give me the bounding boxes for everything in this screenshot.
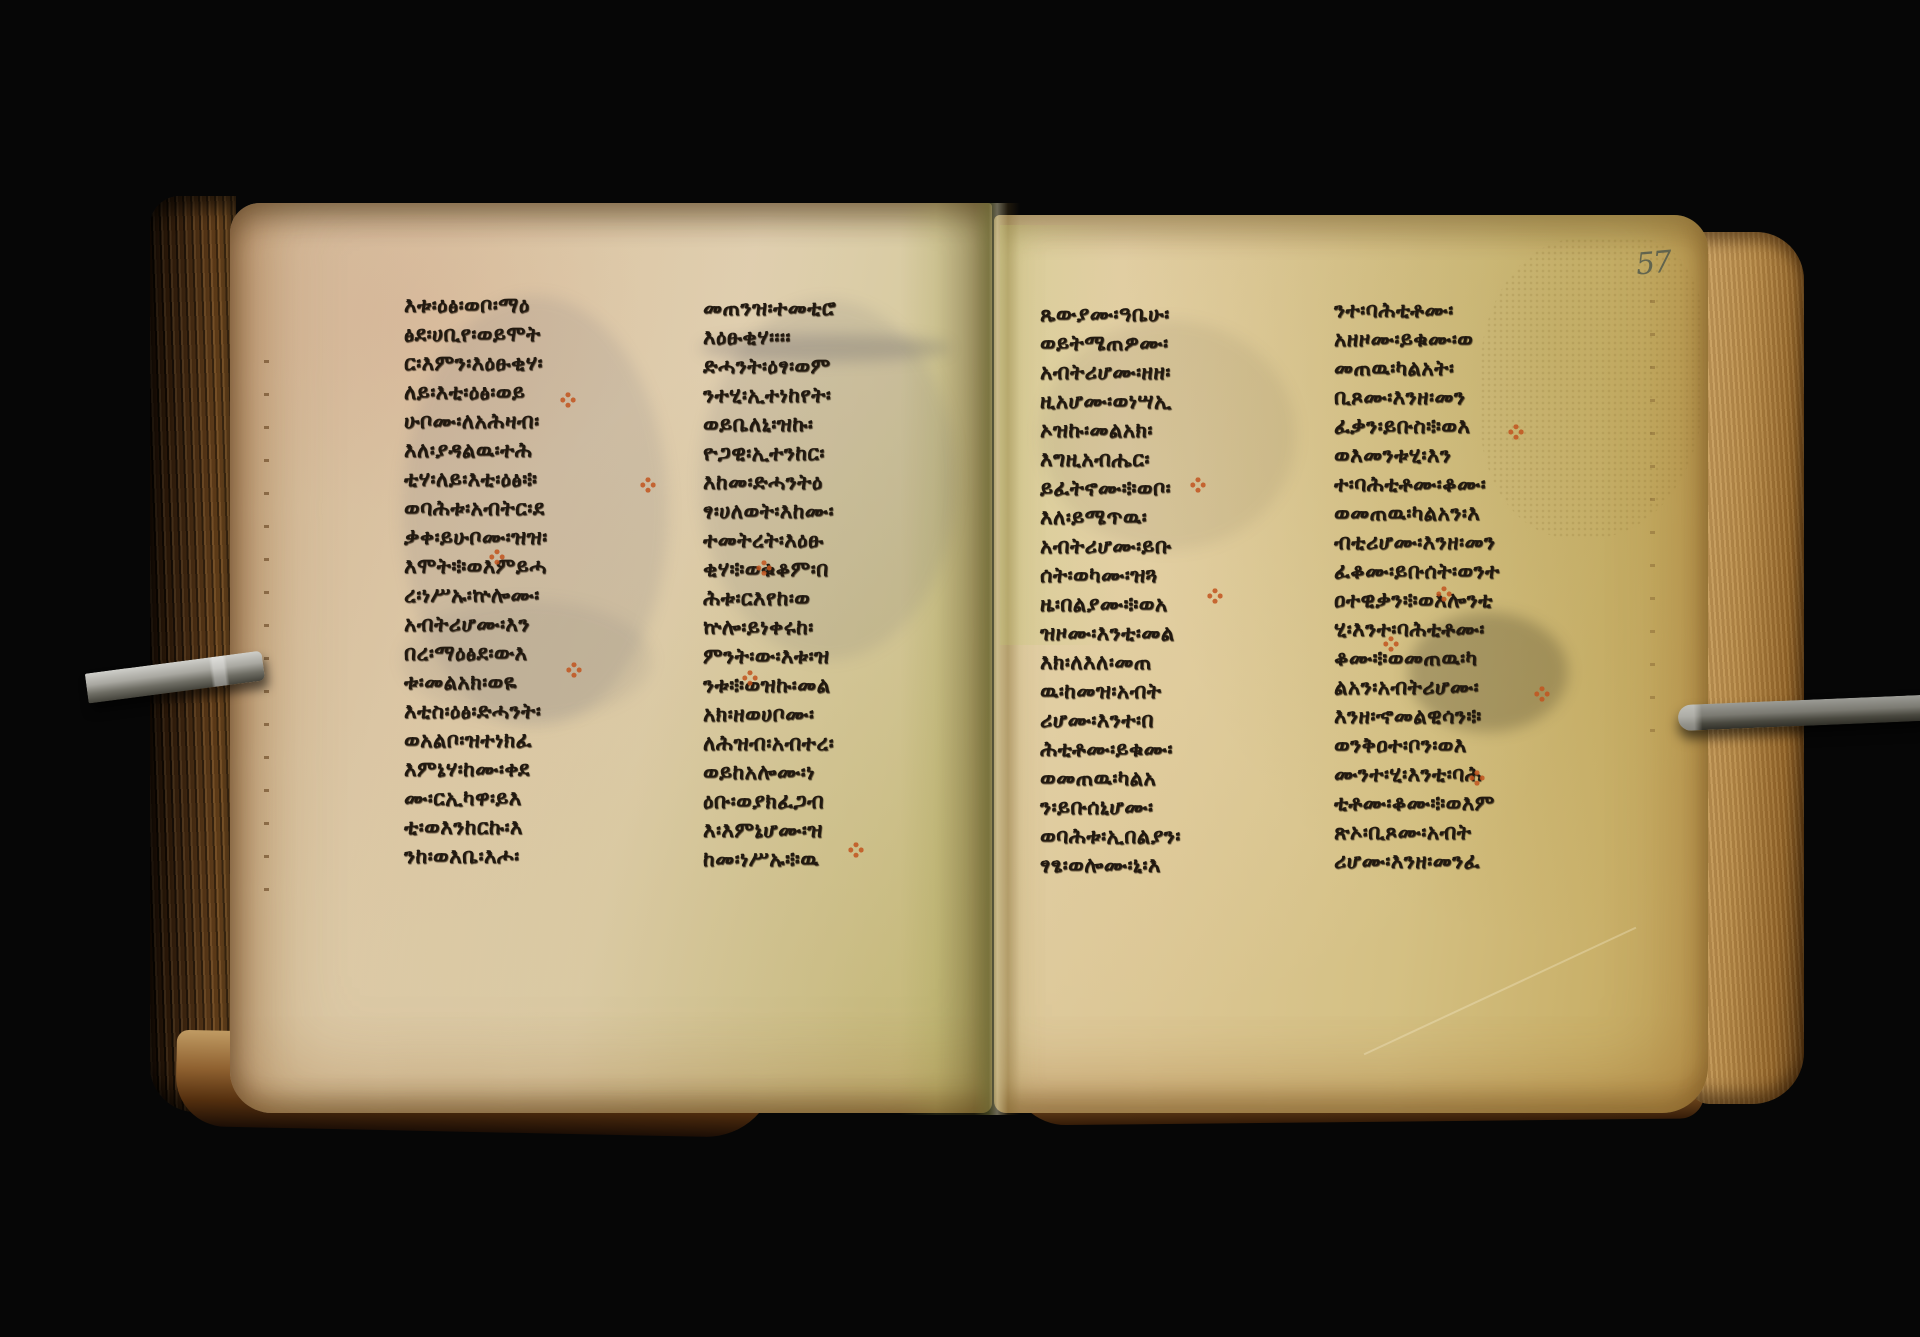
text-column-right-1: ጼውያሙ፡ዓቤሁ፡ወይትሜጠዎሙ፡አብትሪሆሙ፡ዘዘ፡ዚአሆሙ፡ወነሣኢኦዝኩ፡… (1040, 300, 1312, 880)
manuscript-text-line: ቢጾሙ፡እንዘ፡መን (1334, 383, 1626, 412)
red-section-mark (489, 549, 505, 565)
manuscript-text-line: ወመጠዉ፡ካልአን፡እ (1334, 499, 1626, 528)
red-section-mark (1436, 586, 1452, 602)
manuscript-text-line: ረ፡ነሥኡ፡ኵሎሙ፡ (404, 581, 672, 610)
manuscript-text-line: ሕቱ፡ርእየከ፡ወ (703, 584, 965, 613)
manuscript-text-line: ዐተዊቃን፨ወእሎንቲ (1334, 586, 1626, 615)
manuscript-text-line: ፅደ፡ሀቢየ፡ወይሞት (404, 320, 672, 349)
manuscript-text-line: ንከ፡ወእቤ፡እሖ፡ (404, 842, 672, 871)
manuscript-text-line: ወንቅዐተ፡ቦን፡ወእ (1334, 731, 1626, 760)
manuscript-text-line: ልአን፡አብትሪሆሙ፡ (1334, 673, 1626, 702)
manuscript-text-line: ዮጋዊ፡ኢተንከር፡ (703, 439, 965, 468)
manuscript-text-line: እሞት፨ወእምይሓ (404, 552, 672, 581)
red-section-mark (756, 560, 772, 576)
manuscript-text-line: ሪሆሙ፡እንተ፡በ (1040, 706, 1312, 735)
manuscript-text-line: ፃ፡ሀለወት፡እከሙ፡ (703, 497, 965, 526)
red-section-mark (1469, 770, 1485, 786)
manuscript-text-line: እለ፡ይሜጥዉ፡ (1040, 503, 1312, 532)
pricking-holes (264, 360, 269, 920)
manuscript-text-line: ሕቲቶሙ፡ይቁሙ፡ (1040, 735, 1312, 764)
manuscript-text-line: ንተሂ፡ኢተነከየት፡ (703, 381, 965, 410)
red-section-mark (1190, 477, 1206, 493)
manuscript-text-line: ኵሎ፡ይነቀሩከ፡ (703, 613, 965, 642)
manuscript-text-line: ፈቆሙ፡ይቡሰት፡ወንተ (1334, 557, 1626, 586)
manuscript-text-line: ለይ፡እቲ፡ዕፅ፡ወይ (404, 378, 672, 407)
red-section-mark (1534, 686, 1550, 702)
manuscript-text-line: ይፈትኖሙ፨ወቦ፡ (1040, 474, 1312, 503)
manuscript-text-line: ቱ፡መልአክ፡ወዬ (404, 668, 672, 697)
red-section-mark (742, 670, 758, 686)
red-section-mark (1383, 636, 1399, 652)
manuscript-text-line: ዝዞሙ፡እንቲ፡መል (1040, 619, 1312, 648)
manuscript-text-line: ሁቦሙ፡ለአሕዛብ፡ (404, 407, 672, 436)
text-column-right-2: ንተ፡ባሕቲቶሙ፡አዘዞሙ፡ይቁሙ፡ወመጠዉ፡ካልአት፡ቢጾሙ፡እንዘ፡መንፈቃ… (1334, 296, 1626, 876)
manuscript-text-line: እምኔሃ፡ከሙ፡ቀደ (404, 755, 672, 784)
manuscript-text-line: ቂሃ፨ወቁቆም፡በ (703, 555, 965, 584)
manuscript-text-line: ኦዝኩ፡መልአክ፡ (1040, 416, 1312, 445)
manuscript-text-line: ወይትሜጠዎሙ፡ (1040, 329, 1312, 358)
pencil-folio-number: 57 (1635, 245, 1672, 283)
manuscript-text-line: ምንት፡ው፡እቱ፡ዝ (703, 642, 965, 671)
manuscript-text-line: አብትሪሆሙ፡እን (404, 610, 672, 639)
manuscript-text-line: ን፡ይቡሰኒሆሙ፡ (1040, 793, 1312, 822)
manuscript-text-line: ዚአሆሙ፡ወነሣኢ (1040, 387, 1312, 416)
manuscript-text-line: ተ፡ባሕቲቶሙ፡ቆሙ፡ (1334, 470, 1626, 499)
manuscript-text-line: ወባሕቱ፡ኢበልያን፡ (1040, 822, 1312, 851)
manuscript-text-line: እንዘ፡ኆመልዊሳን፨ (1334, 702, 1626, 731)
manuscript-text-line: ሙ፡ርኢካዋ፡ይእ (404, 784, 672, 813)
manuscript-text-line: እዕፁቂሃ፡፡፡፡ (703, 323, 965, 352)
manuscript-text-line: ንተ፡ባሕቲቶሙ፡ (1334, 296, 1626, 325)
manuscript-text-line: ወእመንቱሂ፡እን (1334, 441, 1626, 470)
text-column-left-1: እቱ፡ዕፅ፡ወቦ፡ማዕፅደ፡ሀቢየ፡ወይሞትር፡እምን፡እዕፁቂሃ፡ለይ፡እቲ፡… (404, 291, 672, 871)
manuscript-text-line: አብትሪሆሙ፡ይቡ (1040, 532, 1312, 561)
manuscript-text-line: ፈቃን፡ይቡስ፨ወእ (1334, 412, 1626, 441)
manuscript-text-line: እክ፡ለእለ፡መጠ (1040, 648, 1312, 677)
manuscript-text-line: ር፡እምን፡እዕፁቂሃ፡ (404, 349, 672, 378)
manuscript-text-line: አክ፡ዘወሀቦሙ፡ (703, 700, 965, 729)
manuscript-text-line: ቲሃ፡ለይ፡እቲ፡ዕፅ፨ (404, 465, 672, 494)
manuscript-text-line: ሰት፡ወካሙ፡ዝጓ (1040, 561, 1312, 590)
manuscript-text-line: ፃፄ፡ወሎሙ፡ኒ፡እ (1040, 851, 1312, 880)
left-page-stack-edge (150, 196, 236, 1112)
manuscript-text-line: ጽኦ፡ቢጾሙ፡አብት (1334, 818, 1626, 847)
manuscript-text-line: ቲ፡ወእንከርኩ፡እ (404, 813, 672, 842)
manuscript-text-line: እቱ፡ዕፅ፡ወቦ፡ማዕ (404, 291, 672, 320)
manuscript-text-line: ከመ፡ነሥኡ፨ዉ (703, 845, 965, 874)
red-section-mark (566, 662, 582, 678)
manuscript-text-line: እቲስ፡ዕፅ፡ድሓንት፡ (404, 697, 672, 726)
manuscript-text-line: እ፡እምኔሆሙ፡ዝ (703, 816, 965, 845)
pricking-holes (1650, 300, 1655, 760)
text-column-left-2: መጠንዝ፡ተመቲሮእዕፁቂሃ፡፡፡፡ድሓንት፡ዕፃ፡ወምንተሂ፡ኢተነከየት፡ወ… (703, 294, 965, 874)
red-section-mark (1508, 424, 1524, 440)
manuscript-text-line: ወመጠዉ፡ካልአ (1040, 764, 1312, 793)
manuscript-text-line: ሪሆሙ፡እንዘ፡መንፈ (1334, 847, 1626, 876)
manuscript-text-line: ድሓንት፡ዕፃ፡ወም (703, 352, 965, 381)
red-section-mark (1207, 588, 1223, 604)
manuscript-text-line: እለ፡ያዳልዉ፡ተሕ (404, 436, 672, 465)
manuscript-text-line: ጼውያሙ፡ዓቤሁ፡ (1040, 300, 1312, 329)
manuscript-text-line: ወይቤለኒ፡ዝኩ፡ (703, 410, 965, 439)
red-section-mark (640, 477, 656, 493)
manuscript-text-line: ዉ፡ከመዝ፡አብት (1040, 677, 1312, 706)
manuscript-text-line: ቃቀ፡ይሁቦሙ፡ዝዝ፡ (404, 523, 672, 552)
manuscript-text-line: በረ፡ማዕፅደ፡ውእ (404, 639, 672, 668)
manuscript-text-line: አብትሪሆሙ፡ዘዘ፡ (1040, 358, 1312, 387)
manuscript-text-line: ወአልቦ፡ዝተነክፈ (404, 726, 672, 755)
manuscript-text-line: ተመትረት፡እዕፁ (703, 526, 965, 555)
manuscript-text-line: እከመ፡ድሓንትዕ (703, 468, 965, 497)
manuscript-text-line: ቲቶሙ፡ቆሙ፨ወእም (1334, 789, 1626, 818)
manuscript-photograph: እቱ፡ዕፅ፡ወቦ፡ማዕፅደ፡ሀቢየ፡ወይሞትር፡እምን፡እዕፁቂሃ፡ለይ፡እቲ፡… (0, 0, 1920, 1337)
manuscript-text-line: ወባሕቱ፡አብትር፡ደ (404, 494, 672, 523)
manuscript-text-line: ዕቡ፡ወያክፈጋብ (703, 787, 965, 816)
manuscript-text-line: አዘዞሙ፡ይቁሙ፡ወ (1334, 325, 1626, 354)
manuscript-text-line: ሂ፡እንተ፡ባሕቲቶሙ፡ (1334, 615, 1626, 644)
manuscript-text-line: እግዚአብሔር፡ (1040, 445, 1312, 474)
manuscript-text-line: ቆሙ፨ወመጠዉ፡ካ (1334, 644, 1626, 673)
manuscript-text-line: መጠንዝ፡ተመቲሮ (703, 294, 965, 323)
manuscript-text-line: ለሕዝብ፡አብተረ፡ (703, 729, 965, 758)
manuscript-text-line: መጠዉ፡ካልአት፡ (1334, 354, 1626, 383)
manuscript-text-line: ዜ፡በልያሙ፨ወአ (1040, 590, 1312, 619)
red-section-mark (848, 842, 864, 858)
manuscript-text-line: ብቲሪሆሙ፡እንዘ፡መን (1334, 528, 1626, 557)
manuscript-text-line: ወይከአሎሙ፡ነ (703, 758, 965, 787)
red-section-mark (560, 392, 576, 408)
